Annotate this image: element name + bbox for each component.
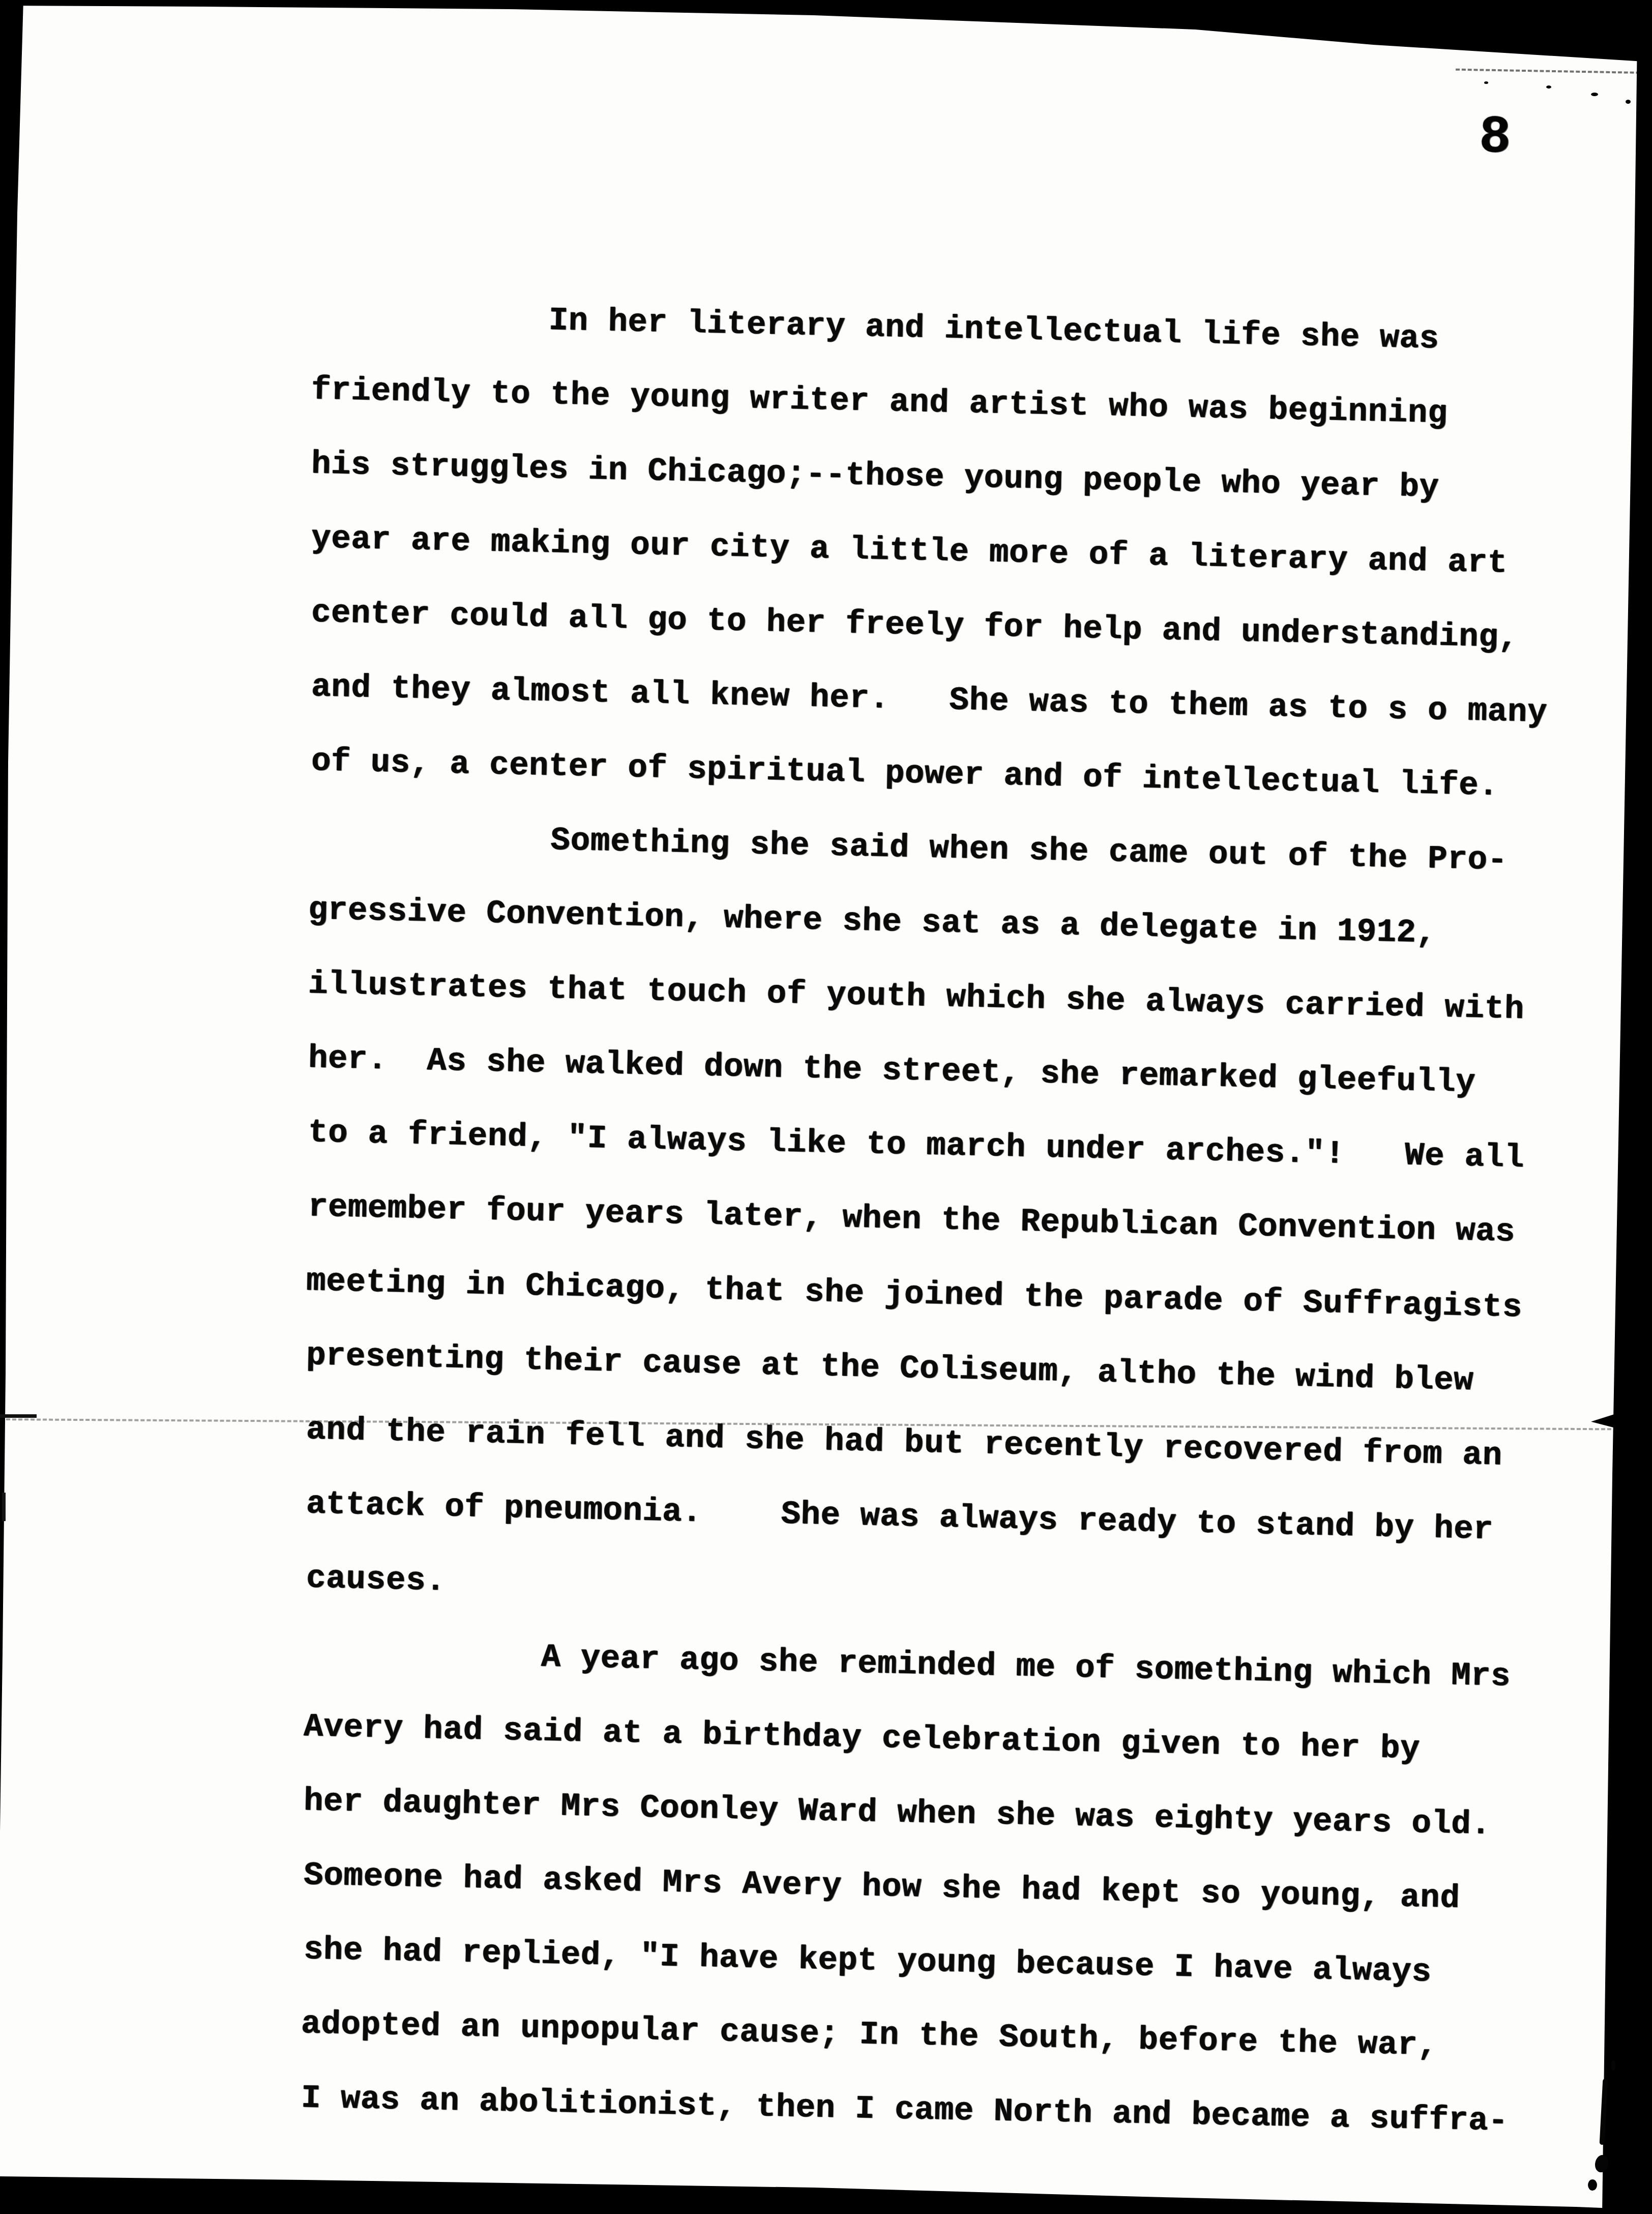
typescript-text-block: In her literary and intellectual life sh… xyxy=(311,279,1634,2136)
scan-fold-dash-left xyxy=(0,1414,37,1418)
scan-border-bottom xyxy=(0,2163,1652,2214)
scan-left-edge-tick xyxy=(2,1493,6,1521)
scan-speck xyxy=(1484,81,1488,84)
scan-noise-dashed-line-top xyxy=(1456,69,1652,74)
ink-scribble xyxy=(1588,2179,1597,2191)
scan-border-left xyxy=(0,0,31,1882)
scan-speck xyxy=(1626,100,1631,104)
page-number: 8 xyxy=(1479,107,1512,168)
scan-speck xyxy=(1546,85,1551,89)
scan-speck xyxy=(1591,93,1598,96)
scan-border-top xyxy=(0,0,1652,66)
scanned-page: 8 In her literary and intellectual life … xyxy=(0,0,1652,2214)
ink-scribble xyxy=(1611,2060,1615,2071)
